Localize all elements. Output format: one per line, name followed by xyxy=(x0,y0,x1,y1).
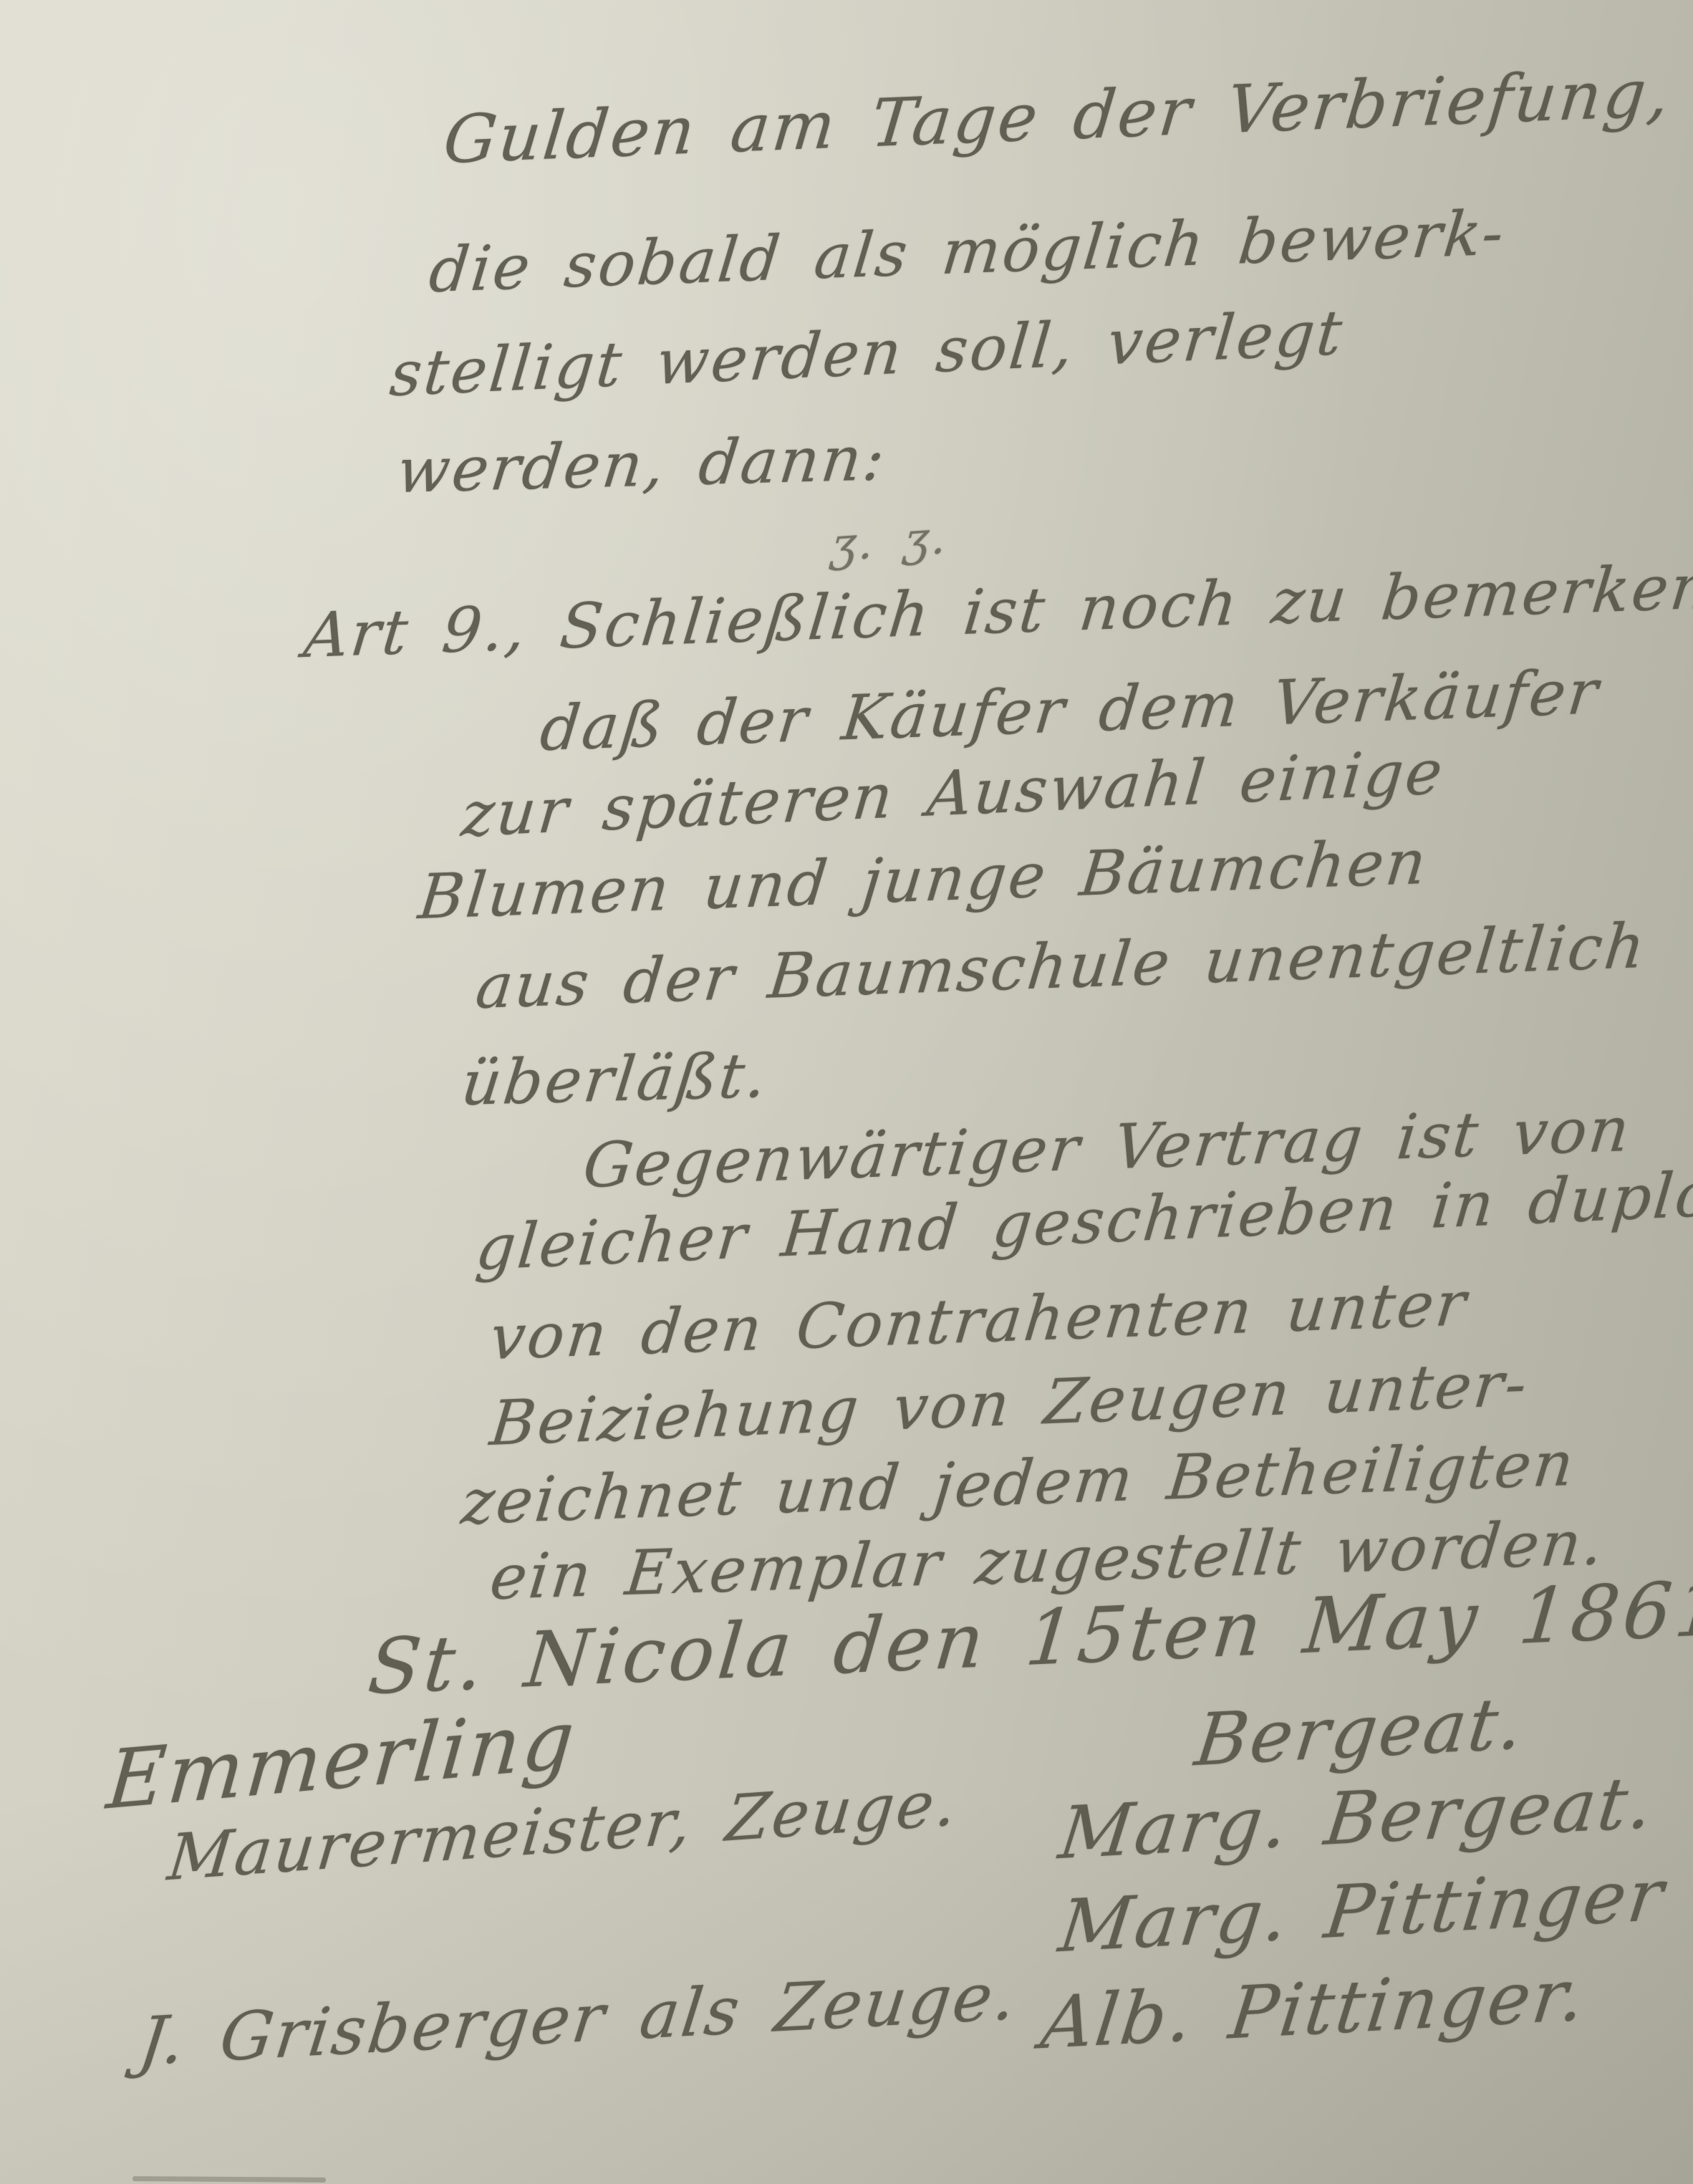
signature-bergeat: Bergeat. xyxy=(1192,1688,1529,1777)
paper-edge-smudge xyxy=(132,2176,326,2183)
handwritten-line: Art 9., Schließlich ist noch zu bemerken… xyxy=(301,555,1693,667)
handwritten-line: die sobald als möglich bewerk- xyxy=(426,202,1508,302)
handwritten-line: Gulden am Tage der Verbriefung, xyxy=(440,60,1674,173)
signature-alb-pittinger: Alb. Pittinger. xyxy=(1038,1959,1591,2060)
signature-grisberger: J. Grisberger als Zeuge. xyxy=(135,1963,1021,2075)
signature-marg-pittinger: Marg. Pittinger xyxy=(1056,1859,1669,1963)
signature-marg-bergeat: Marg. Bergeat. xyxy=(1056,1766,1659,1870)
section-divider-flourish: ʒ. ʒ. xyxy=(829,514,950,569)
handwritten-line: überläßt. xyxy=(458,1045,771,1115)
handwritten-line: stelligt werden soll, verlegt xyxy=(387,302,1347,406)
handwritten-line: werden, dann: xyxy=(394,428,889,502)
handwritten-line: von den Contrahenten unter xyxy=(487,1273,1470,1369)
handwritten-line: aus der Baumschule unentgeltlich xyxy=(473,915,1649,1018)
manuscript-page-photo: Gulden am Tage der Verbriefung, die soba… xyxy=(0,0,1693,2184)
